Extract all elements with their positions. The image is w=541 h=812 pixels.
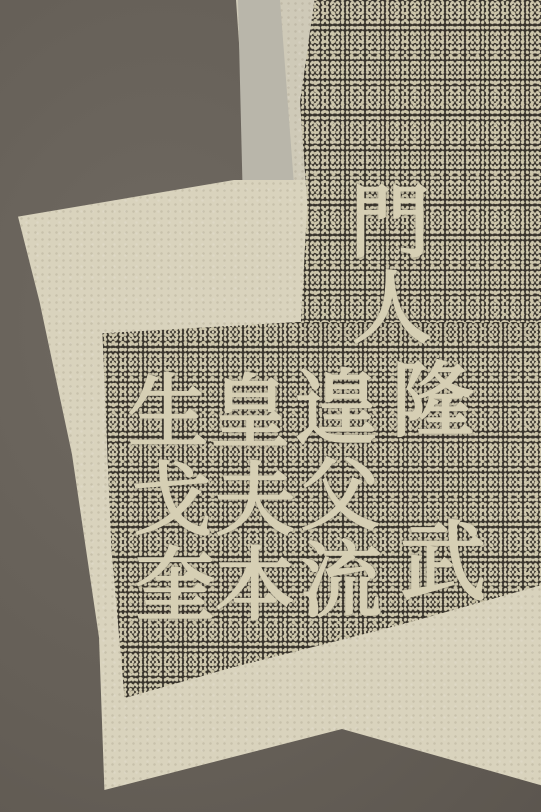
glyph-ben: 本 (215, 545, 295, 625)
glyph-fu-husband: 夫 (215, 460, 295, 540)
glyph-men: 門 (350, 182, 430, 262)
glyph-huang-road: 遑 (295, 368, 377, 450)
glyph-ge: 戈 (132, 460, 212, 540)
glyph-kui: 奎 (135, 545, 215, 625)
glyph-ren: 人 (352, 268, 432, 348)
glyph-wu: 武 (400, 520, 486, 606)
glyph-fu: 父 (300, 455, 380, 535)
glyph-sheng: 生 (128, 372, 208, 452)
glyph-huang: 皇 (210, 372, 290, 452)
glyph-long: 隆 (392, 360, 474, 442)
glyph-liu: 流 (300, 540, 382, 622)
